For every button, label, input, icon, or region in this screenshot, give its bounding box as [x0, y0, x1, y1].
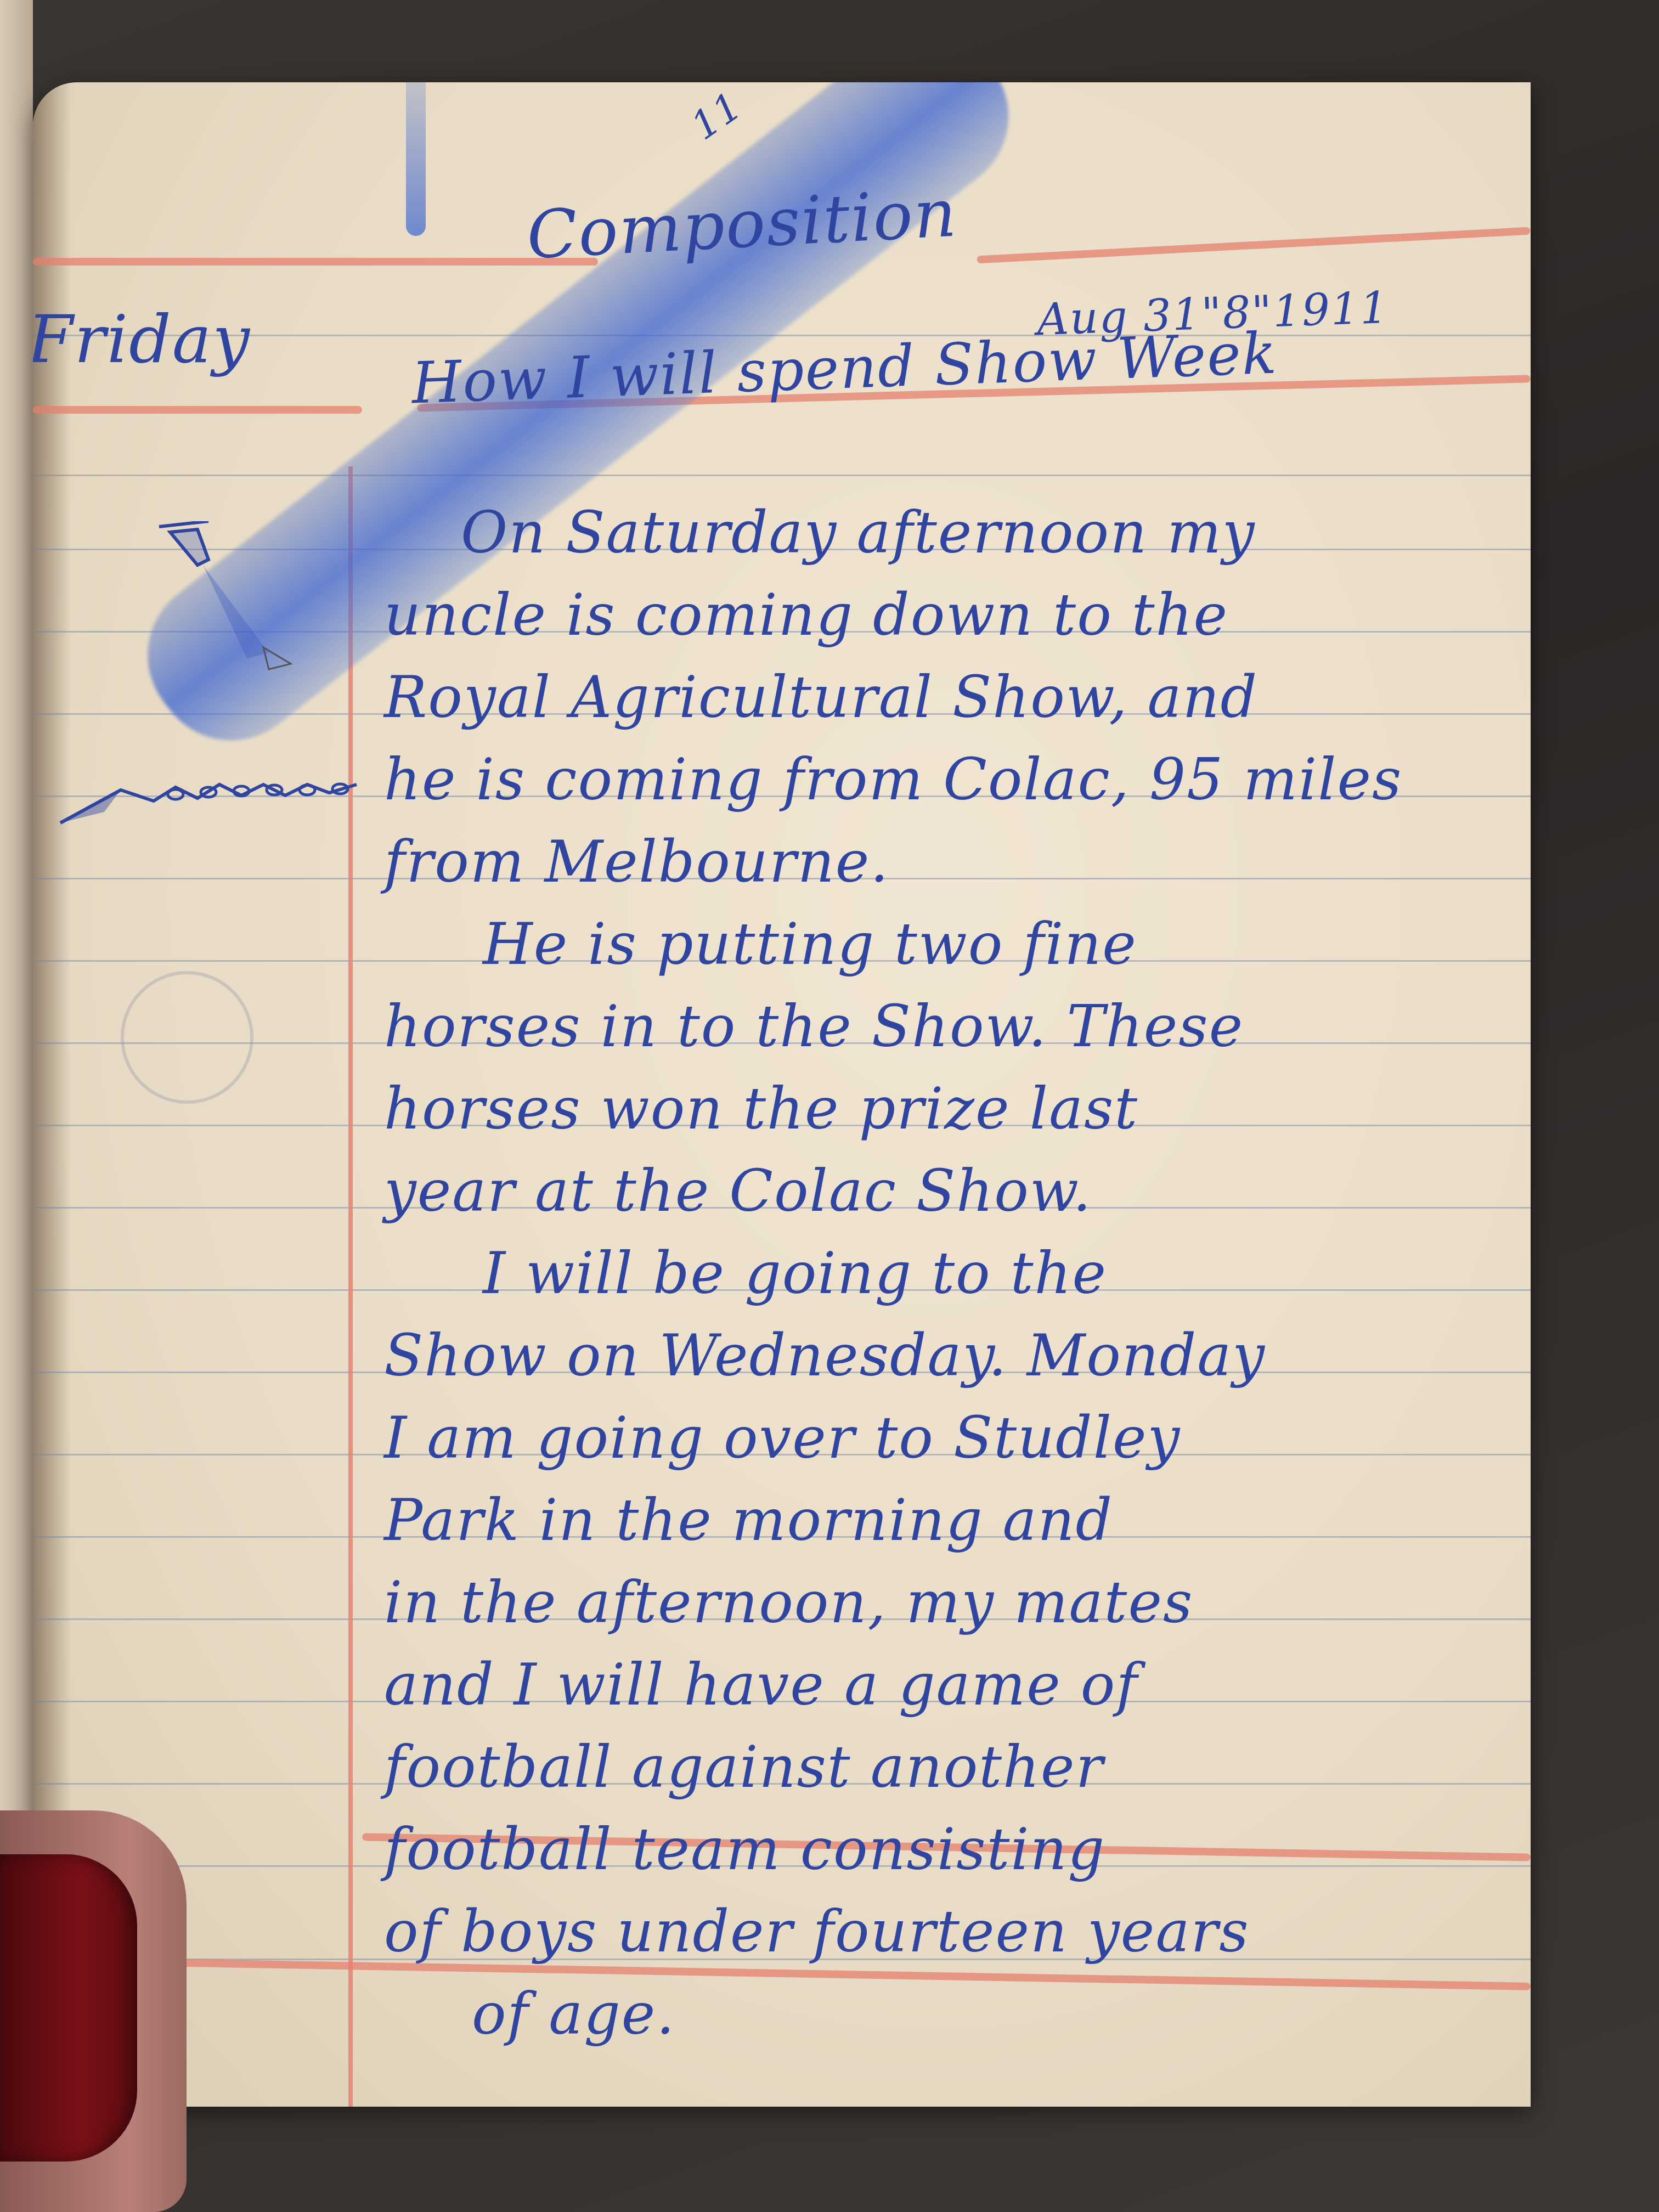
title-red-rule-left: [33, 406, 362, 414]
day-label: Friday: [33, 302, 251, 378]
body-line: year at the Colac Show.: [384, 1158, 1092, 1224]
body-line: Royal Agricultural Show, and: [384, 664, 1258, 731]
ink-drip: [406, 82, 426, 236]
body-line: I am going over to Studley: [384, 1404, 1181, 1471]
body-line: He is putting two fine: [483, 911, 1137, 978]
zigzag-chain-doodle-icon: [55, 774, 362, 828]
adjacent-page-edge: [0, 0, 33, 1975]
header-red-rule-left: [33, 258, 598, 266]
notebook-page: 11 Composition Friday Aug 31"8"1911 How …: [33, 82, 1531, 2107]
body-line: horses in to the Show. These: [384, 993, 1244, 1060]
binding-shadow: [33, 82, 71, 2107]
body-line: and I will have a game of: [384, 1651, 1138, 1718]
body-line: horses won the prize last: [384, 1075, 1138, 1142]
red-fingernail: [0, 1854, 137, 2162]
body-line: uncle is coming down to the: [384, 582, 1228, 648]
body-line: in the afternoon, my mates: [384, 1569, 1193, 1636]
body-line: Park in the morning and: [384, 1487, 1113, 1554]
red-margin-line: [348, 466, 353, 2107]
body-line: I will be going to the: [483, 1240, 1107, 1307]
header-red-rule-right: [977, 227, 1530, 264]
page-number: 11: [683, 83, 751, 149]
body-line: Show on Wednesday. Monday: [384, 1322, 1266, 1389]
body-line: of boys under fourteen years: [384, 1898, 1250, 1965]
airplane-doodle-icon: [126, 521, 324, 741]
body-line: of age.: [472, 1980, 675, 2047]
faint-stamp-icon: [121, 971, 253, 1104]
body-line: On Saturday afternoon my: [461, 499, 1256, 566]
body-line: he is coming from Colac, 95 miles: [384, 746, 1402, 813]
writing-rule: [33, 475, 1531, 476]
body-line: football team consisting: [384, 1816, 1105, 1883]
body-line: from Melbourne.: [384, 828, 889, 895]
composition-heading: Composition: [525, 176, 959, 274]
body-line: football against another: [384, 1734, 1104, 1801]
